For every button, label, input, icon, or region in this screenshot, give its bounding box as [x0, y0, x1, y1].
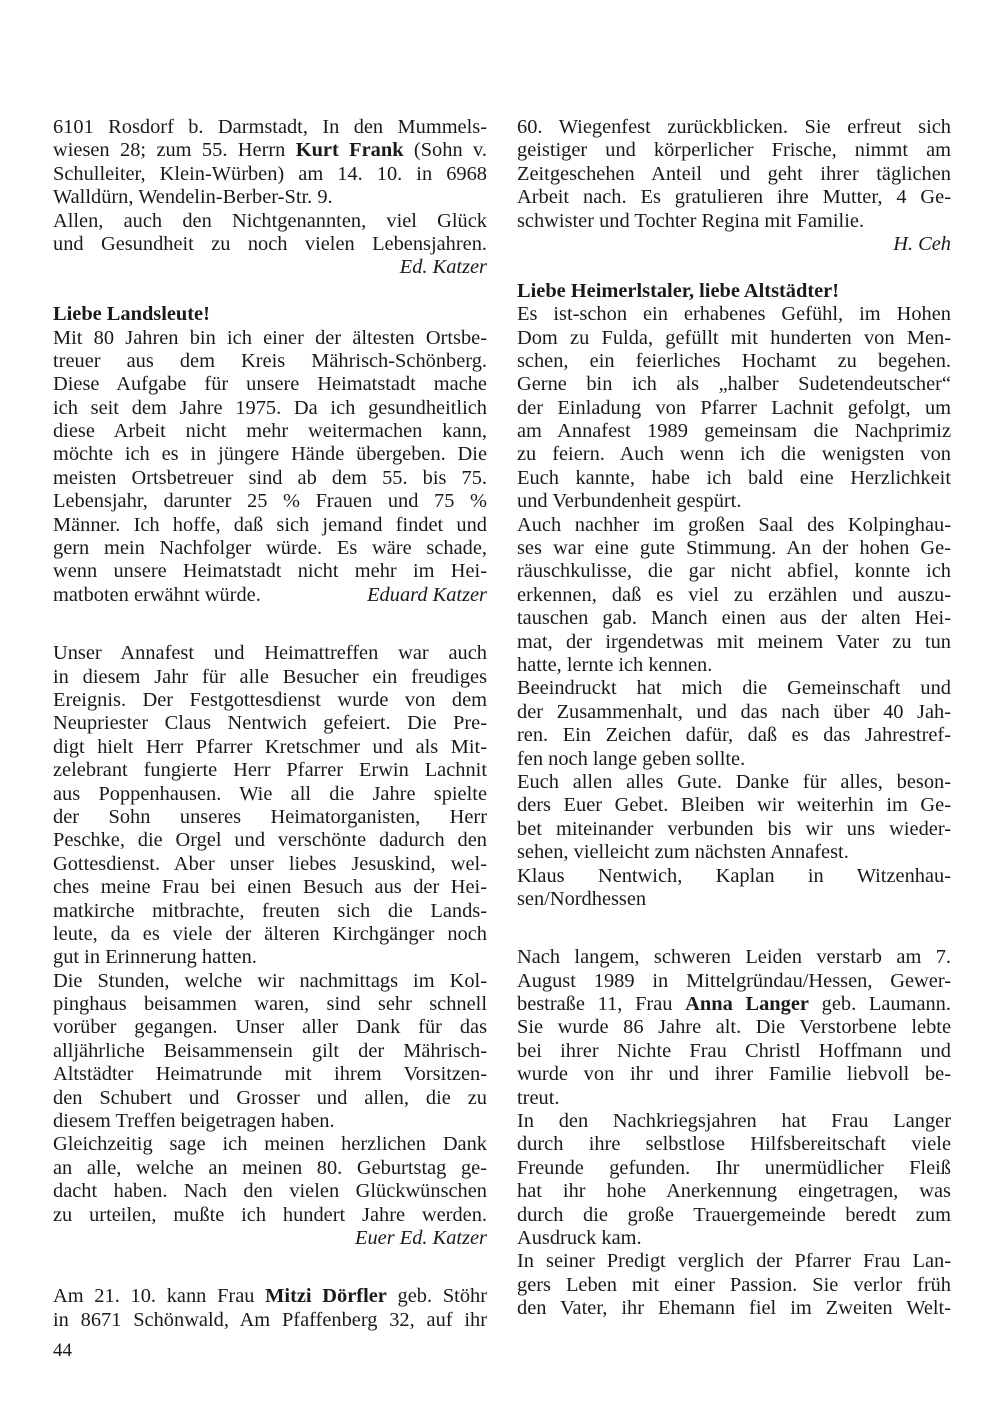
birthday-continued: 60. Wiegenfest zurückblicken. Sie erfreu… — [517, 116, 951, 256]
text-line: sen/Nordhessen — [517, 888, 951, 911]
signature: Ed. Katzer — [53, 256, 487, 279]
text-line: Beeindruckt hat mich die Gemeinschaft un… — [517, 677, 951, 700]
text-line: an alle, welche an meinen 80. Geburtstag… — [53, 1157, 487, 1180]
text-line: gers Leben mit einer Passion. Sie verlor… — [517, 1274, 951, 1297]
text-line: in 8671 Schönwald, Am Pfaffenberg 32, au… — [53, 1309, 487, 1332]
text-line: Unser Annafest und Heimattreffen war auc… — [53, 642, 487, 665]
text-line: Männer. Ich hoffe, daß sich jemand finde… — [53, 514, 487, 537]
text-line: zu feiern. Auch wenn ich die wenigsten v… — [517, 443, 951, 466]
text-line: den Vater, ihr Ehemann fiel im Zweiten W… — [517, 1297, 951, 1320]
text-line: durch die große Trauergemeinde beredt zu… — [517, 1204, 951, 1227]
text-run: matboten erwähnt würde. — [53, 584, 261, 607]
right-column: 60. Wiegenfest zurückblicken. Sie erfreu… — [517, 116, 951, 1321]
text-line: ich seit dem Jahre 1975. Da ich gesundhe… — [53, 397, 487, 420]
spacer — [53, 280, 487, 303]
text-line: ses war eine gute Stimmung. An der hohen… — [517, 537, 951, 560]
text-line: vorüber gegangen. Unser aller Dank für d… — [53, 1016, 487, 1039]
text-line: In seiner Predigt verglich der Pfarrer F… — [517, 1250, 951, 1273]
text-line: bei ihrer Nichte Frau Christl Hoffmann u… — [517, 1040, 951, 1063]
text-line: Die Stunden, welche wir nachmittags im K… — [53, 970, 487, 993]
text-line: der Einladung von Pfarrer Lachnit gefolg… — [517, 397, 951, 420]
person-name-kurt-frank: Kurt Frank — [296, 139, 404, 161]
text-line: Walldürn, Wendelin-Berber-Str. 9. — [53, 186, 487, 209]
person-name-mitzi-doerfler: Mitzi Dörfler — [265, 1285, 387, 1307]
text-line: Mit 80 Jahren bin ich einer der ältesten… — [53, 327, 487, 350]
text-line: diesem Treffen beigetragen haben. — [53, 1110, 487, 1133]
text-line: alljährliche Beisammensein gilt der Mähr… — [53, 1040, 487, 1063]
text-line: Sie wurde 86 Jahre alt. Die Verstorbene … — [517, 1016, 951, 1039]
text-line: Arbeit nach. Es gratulieren ihre Mutter,… — [517, 186, 951, 209]
text-line: ders Euer Gebet. Bleiben wir weiterhin i… — [517, 794, 951, 817]
text-line: Altstädter Heimatrunde mit ihrem Vorsitz… — [53, 1063, 487, 1086]
text-line: pinghaus beisammen waren, sind sehr schn… — [53, 993, 487, 1016]
spacer — [517, 911, 951, 946]
text-run: Am 21. 10. kann Frau — [53, 1285, 265, 1307]
text-run: (Sohn v. — [404, 139, 487, 161]
section-heading: Liebe Landsleute! — [53, 303, 487, 326]
text-line: räuschkulisse, die gar nicht abfiel, kon… — [517, 560, 951, 583]
text-line: hat ihr hohe Anerkennung eingetragen, wa… — [517, 1180, 951, 1203]
text-line: meisten Ortsbetreuer sind ab dem 55. bis… — [53, 467, 487, 490]
text-line: Ausdruck kam. — [517, 1227, 951, 1250]
signature: Eduard Katzer — [367, 584, 487, 607]
text-line: gut in Erinnerung hatten. — [53, 946, 487, 969]
text-line: digt hielt Herr Pfarrer Kretschmer und a… — [53, 736, 487, 759]
text-line: wiesen 28; zum 55. Herrn Kurt Frank (Soh… — [53, 139, 487, 162]
text-line: Es ist-schon ein erhabenes Gefühl, im Ho… — [517, 303, 951, 326]
text-line: bet miteinander verbunden bis wir uns wi… — [517, 818, 951, 841]
text-line: fen noch lange geben sollte. — [517, 748, 951, 771]
text-line: Dom zu Fulda, gefüllt mit hunderten von … — [517, 327, 951, 350]
text-line: sehen, vielleicht zum nächsten Annafest. — [517, 841, 951, 864]
text-line: schwister und Tochter Regina mit Familie… — [517, 210, 951, 233]
text-line: dacht haben. Nach den vielen Glückwünsch… — [53, 1180, 487, 1203]
intro-section: 6101 Rosdorf b. Darmstadt, In den Mummel… — [53, 116, 487, 280]
text-line: Allen, auch den Nichtgenannten, viel Glü… — [53, 210, 487, 233]
text-line: und Verbundenheit gespürt. — [517, 490, 951, 513]
text-line: ren. Ein Zeichen dafür, daß es das Jahre… — [517, 724, 951, 747]
text-line: 60. Wiegenfest zurückblicken. Sie erfreu… — [517, 116, 951, 139]
left-column: 6101 Rosdorf b. Darmstadt, In den Mummel… — [53, 116, 487, 1332]
text-line: Peschke, die Orgel und verschönte dadurc… — [53, 829, 487, 852]
text-line: tauschen gab. Manch einen aus der alten … — [517, 607, 951, 630]
text-line: und Gesundheit zu noch vielen Lebensjahr… — [53, 233, 487, 256]
text-line: schen, ein feierliches Hochamt zu begehe… — [517, 350, 951, 373]
text-run: bestraße 11, Frau — [517, 993, 685, 1015]
text-line: hatte, lernte ich kennen. — [517, 654, 951, 677]
text-line: bestraße 11, Frau Anna Langer geb. Lauma… — [517, 993, 951, 1016]
text-line: Freunde gefunden. Ihr unermüdlicher Flei… — [517, 1157, 951, 1180]
annafest-report: Unser Annafest und Heimattreffen war auc… — [53, 642, 487, 1250]
signature: H. Ceh — [517, 233, 951, 256]
text-line: Neupriester Claus Nentwich gefeiert. Die… — [53, 712, 487, 735]
text-line: mat, der irgendetwas mit meinem Vater zu… — [517, 631, 951, 654]
letter-body: Es ist-schon ein erhabenes Gefühl, im Ho… — [517, 303, 951, 911]
text-line: in diesem Jahr für alle Besucher ein fre… — [53, 666, 487, 689]
text-line: diese Arbeit nicht mehr weitermachen kan… — [53, 420, 487, 443]
text-line: Ereignis. Der Festgottesdienst wurde von… — [53, 689, 487, 712]
text-line: treuer aus dem Kreis Mährisch-Schönberg. — [53, 350, 487, 373]
text-line: Diese Aufgabe für unsere Heimatstadt mac… — [53, 373, 487, 396]
birthday-body: 60. Wiegenfest zurückblicken. Sie erfreu… — [517, 116, 951, 233]
text-line: der Sohn unseres Heimatorganisten, Herr — [53, 806, 487, 829]
text-line: 6101 Rosdorf b. Darmstadt, In den Mummel… — [53, 116, 487, 139]
text-line: Am 21. 10. kann Frau Mitzi Dörfler geb. … — [53, 1285, 487, 1308]
text-line: treut. — [517, 1087, 951, 1110]
text-line: Gleichzeitig sage ich meinen herzlichen … — [53, 1133, 487, 1156]
text-line: leute, da es viele der älteren Kirchgäng… — [53, 923, 487, 946]
text-line: Nach langem, schweren Leiden verstarb am… — [517, 946, 951, 969]
text-line: Zeitgeschehen Anteil und geht ihrer tägl… — [517, 163, 951, 186]
text-line: matkirche mitbrachte, freuten sich die L… — [53, 900, 487, 923]
text-line: matboten erwähnt würde. Eduard Katzer — [53, 584, 487, 607]
text-line: zu urteilen, mußte ich hundert Jahre wer… — [53, 1204, 487, 1227]
text-line: Gottesdienst. Aber unser liebes Jesuskin… — [53, 853, 487, 876]
obituary-body: Nach langem, schweren Leiden verstarb am… — [517, 946, 951, 1320]
spacer — [517, 256, 951, 279]
text-line: erkennen, daß es viel zu erzählen und au… — [517, 584, 951, 607]
birthday-notice: Am 21. 10. kann Frau Mitzi Dörfler geb. … — [53, 1285, 487, 1332]
letter-landsleute: Liebe Landsleute! Mit 80 Jahren bin ich … — [53, 303, 487, 607]
text-line: In den Nachkriegsjahren hat Frau Langer — [517, 1110, 951, 1133]
spacer — [53, 607, 487, 642]
text-line: der Zusammenhalt, und das nach über 40 J… — [517, 701, 951, 724]
text-line: Lebensjahr, darunter 25 % Frauen und 75 … — [53, 490, 487, 513]
text-line: durch ihre selbstlose Hilfsbereitschaft … — [517, 1133, 951, 1156]
text-line: Schulleiter, Klein-Würben) am 14. 10. in… — [53, 163, 487, 186]
text-line: zelebrant fungierte Herr Pfarrer Erwin L… — [53, 759, 487, 782]
person-name: Anna Langer — [685, 993, 809, 1015]
page-number: 44 — [53, 1340, 72, 1362]
text-line: Auch nachher im großen Saal des Kolpingh… — [517, 514, 951, 537]
text-line: möchte ich es in jüngere Hände übergeben… — [53, 443, 487, 466]
text-line: aus Poppenhausen. Wie all die Jahre spie… — [53, 783, 487, 806]
text-line: am Annafest 1989 gemeinsam die Nachprimi… — [517, 420, 951, 443]
text-line: wurde von ihr und ihrer Familie liebvoll… — [517, 1063, 951, 1086]
text-line: den Schubert und Grosser und allen, die … — [53, 1087, 487, 1110]
text-line: Klaus Nentwich, Kaplan in Witzenhau- — [517, 865, 951, 888]
letter-heimerlstaler: Liebe Heimerlstaler, liebe Altstädter! E… — [517, 280, 951, 912]
report-body: Unser Annafest und Heimattreffen war auc… — [53, 642, 487, 1227]
text-line: wenn unsere Heimatstadt nicht mehr im He… — [53, 560, 487, 583]
text-run: wiesen 28; zum 55. Herrn — [53, 139, 296, 161]
text-line: Euch kannte, habe ich bald eine Herzlich… — [517, 467, 951, 490]
text-line: gern mein Nachfolger würde. Es wäre scha… — [53, 537, 487, 560]
spacer — [53, 1250, 487, 1285]
text-line: Gerne bin ich als „halber Sudetendeutsch… — [517, 373, 951, 396]
section-heading: Liebe Heimerlstaler, liebe Altstädter! — [517, 280, 951, 303]
text-run: geb. Laumann. — [809, 993, 951, 1015]
letter-body: Mit 80 Jahren bin ich einer der ältesten… — [53, 327, 487, 584]
text-line: Euch allen alles Gute. Danke für alles, … — [517, 771, 951, 794]
text-line: ches meine Frau bei einen Besuch aus der… — [53, 876, 487, 899]
text-run: geb. Stöhr — [387, 1285, 487, 1307]
text-line: geistiger und körperlicher Frische, nimm… — [517, 139, 951, 162]
signature: Euer Ed. Katzer — [53, 1227, 487, 1250]
text-line: August 1989 in Mittelgründau/Hessen, Gew… — [517, 970, 951, 993]
obituary-anna-langer: Nach langem, schweren Leiden verstarb am… — [517, 946, 951, 1320]
